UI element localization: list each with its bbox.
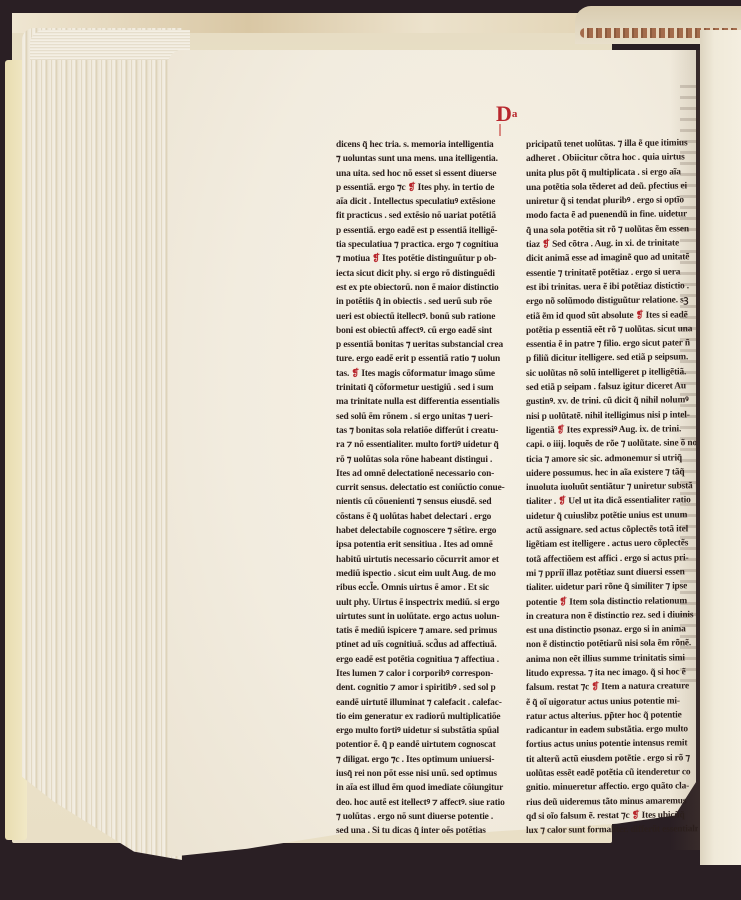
text-line: dicit animã esse ad imaginẽ quo ad unita…	[526, 251, 698, 267]
text-line: ⁊ uoluntas sunt una mens. una itelligent…	[336, 152, 514, 166]
text-line: boni est obiectũ affectꝰ. cũ ergo eadẽ s…	[336, 324, 514, 338]
text-line: cõstans ẽ q̃ uolũtas habet delectari . e…	[336, 510, 514, 524]
text-line: ⁊ diligat. ergo ⁊c . Ites optimum uniuer…	[336, 753, 514, 767]
text-line: deo. hoc autẽ est itellectꝰ ⁊ affectꝰ. s…	[336, 796, 514, 810]
text-line: ipsa potentia erit sensitiua . Ites ad o…	[336, 538, 514, 552]
text-line: etiã ẽm id quod sũt absolute ❡ Ites si e…	[526, 308, 698, 324]
text-line: mediũ ispectio . sicut eim uult Aug. de …	[336, 567, 514, 581]
text-line: sed solũ ẽm rõnem . si ergo unitas ⁊ uer…	[336, 410, 514, 424]
text-line: dicens q̃ hec tria. s. memoria intellige…	[336, 138, 514, 152]
text-line: eandẽ uirtutẽ illuminat ⁊ calefacit . ca…	[336, 696, 514, 710]
text-line: dent. cognitio ⁊ amor i spiritibꝰ . sed …	[336, 681, 514, 695]
text-line: nientis cũ cõuenienti ⁊ sensus eiusdẽ. s…	[336, 495, 514, 509]
rubric-pilcrow-icon: ❡	[351, 369, 359, 379]
text-line: modo facta ẽ ad puenendũ in fine. uidetu…	[526, 208, 698, 224]
text-line: trinitati q̃ cõformetur uestigiũ . sed i…	[336, 381, 514, 395]
text-line: currit sensus. delectatio est coniũctio …	[336, 481, 514, 495]
text-line: capi. o iiij. loquẽs de rõe ⁊ uolũtate. …	[526, 436, 698, 452]
text-line: p filiũ dicitur itelligere. sed etiã p s…	[526, 351, 698, 367]
text-line: lux ⁊ calor sunt formaliter. differũt es…	[526, 822, 698, 838]
text-line: ptinet ad uĩs cognitiuã. scd̃us ad affec…	[336, 638, 514, 652]
text-line: tas ⁊ bonitas sola relatiõe differũt i c…	[336, 424, 514, 438]
text-line: est ex pte obiectorũ. non ẽ maior distin…	[336, 281, 514, 295]
text-column-left: dicens q̃ hec tria. s. memoria intellige…	[336, 138, 514, 839]
text-line: ra ⁊ nõ essentialiter. multo fortiꝰ uide…	[336, 438, 514, 452]
text-line: tas. ❡ Ites magis cõformatur imago sũme	[336, 367, 514, 381]
text-line: potentie ❡ Item sola distinctio relation…	[526, 594, 698, 610]
page-stack-top-edge	[30, 30, 190, 60]
text-line: p essentiã. ergo eadẽ est p essentiã ite…	[336, 224, 514, 238]
text-line: ⁊ motiua ❡ Ites potẽtie distinguũtur p o…	[336, 252, 514, 266]
text-line: ribus eccl̃e. Omnis uirtus ẽ amor . Et s…	[336, 581, 514, 595]
text-line: gustinꝰ. xv. de trini. cũ dicit q̃ nihil…	[526, 394, 698, 410]
text-line: sed una . Si tu dicas q̃ inter oẽs potẽt…	[336, 824, 514, 838]
text-line: tio eim generatur ex radiorũ multiplicat…	[336, 710, 514, 724]
text-line: gnitio. minueretur affectio. ergo quãto …	[526, 780, 698, 796]
text-line: rõ ⁊ uolũtas sola rõne habeant distingui…	[336, 453, 514, 467]
text-line: adheret . Obiicitur cõtra hoc . quia uir…	[526, 150, 698, 166]
text-line: habitũ uirtutis necessario cõcurrit amor…	[336, 553, 514, 567]
text-line: ergo multo fortiꝰ uidetur si substãtia s…	[336, 724, 514, 738]
text-line: tia speculatiua ⁊ practica. ergo ⁊ cogni…	[336, 238, 514, 252]
text-line: iecta sicut dicit phy. si ergo rõ distin…	[336, 267, 514, 281]
rubric-pilcrow-icon: ❡	[557, 426, 565, 436]
text-line: tialiter. uidetur pari rõne q̃ similiter…	[526, 579, 698, 595]
text-line: uult phy. Uirtus ẽ inspectrix mediũ. si …	[336, 596, 514, 610]
text-line: in aĩa est illud ẽm quod imediate cõiung…	[336, 781, 514, 795]
printed-text-block: dicens q̃ hec tria. s. memoria intellige…	[336, 138, 696, 738]
facing-page	[700, 30, 741, 865]
rubric-pilcrow-icon: ❡	[542, 240, 550, 250]
text-line: ligẽtiam est itelligere . actus uero cõp…	[526, 537, 698, 553]
text-column-right: pricipatũ tenet uolũtas. ⁊ illa ẽ que it…	[526, 136, 698, 838]
rubric-pilcrow-icon: ❡	[636, 310, 644, 320]
text-line: in potẽtiis q̃ in obiectis . sed uerũ su…	[336, 295, 514, 309]
rubric-pilcrow-icon: ❡	[558, 497, 566, 507]
text-line: ergo eadẽ est potẽtia cognitiua ⁊ affect…	[336, 653, 514, 667]
text-line: fortius actus unius potentie intensus re…	[526, 737, 698, 753]
text-line: tatis ẽ mediũ ispicere ⁊ amare. sed prim…	[336, 624, 514, 638]
text-line: ergo nõ solũmodo distiguũtur relatione. …	[526, 293, 698, 309]
text-line: non ẽ distinctio potẽtiarũ nisi sola ẽm …	[526, 637, 698, 653]
text-line: potentior ẽ. q̃ p eandẽ uirtutem cognosc…	[336, 738, 514, 752]
fore-edge-page-stack	[22, 28, 182, 860]
text-line: p essentiã. ergo ⁊c ❡ Ites phy. in terti…	[336, 181, 514, 195]
text-line: Ites lumen ⁊ calor i corporibꝰ correspon…	[336, 667, 514, 681]
text-line: falsum. restat ⁊c ❡ Item a natura creatu…	[526, 679, 698, 695]
text-line: ⁊ uolũtas . ergo nõ sunt diuerse potenti…	[336, 810, 514, 824]
rubric-tick	[499, 124, 501, 136]
text-line: p essentiã bonitas ⁊ ueritas substancial…	[336, 338, 514, 352]
text-line: aĩa dicit . Intellectus speculatiuꝰ extẽ…	[336, 195, 514, 209]
rubric-pilcrow-icon: ❡	[559, 597, 567, 607]
text-line: ma trinitate nulla est differentia essen…	[336, 395, 514, 409]
book-photograph: Da dicens q̃ hec tria. s. memoria intell…	[0, 0, 741, 900]
text-line: ticia ⁊ amore sic sic. admonemur si utri…	[526, 451, 698, 467]
text-line: uirtutes sunt in uolũtate. ergo actus uo…	[336, 610, 514, 624]
rubric-pilcrow-icon: ❡	[591, 683, 599, 693]
text-line: tialiter . ❡ Uel ut ita dicã essentialit…	[526, 494, 698, 510]
text-line: iusq̃ rei non põt esse nisi unũ. sed opt…	[336, 767, 514, 781]
text-line: fit practicus . sed extẽsio nõ uariat po…	[336, 209, 514, 223]
text-line: Ites ad omnẽ delectationẽ necessario con…	[336, 467, 514, 481]
text-line: una uita. sed hoc nõ esset si essent diu…	[336, 167, 514, 181]
text-line: habet delectabile cognoscere ⁊ sẽtire. e…	[336, 524, 514, 538]
text-line: ueri est obiectũ itellectꝰ. bonũ sub rat…	[336, 310, 514, 324]
text-line: ture. ergo eadẽ erit p essentiã ratio ⁊ …	[336, 352, 514, 366]
rubric-pilcrow-icon: ❡	[372, 254, 380, 264]
rubric-pilcrow-icon: ❡	[632, 811, 640, 821]
rubric-pilcrow-icon: ❡	[408, 183, 416, 193]
